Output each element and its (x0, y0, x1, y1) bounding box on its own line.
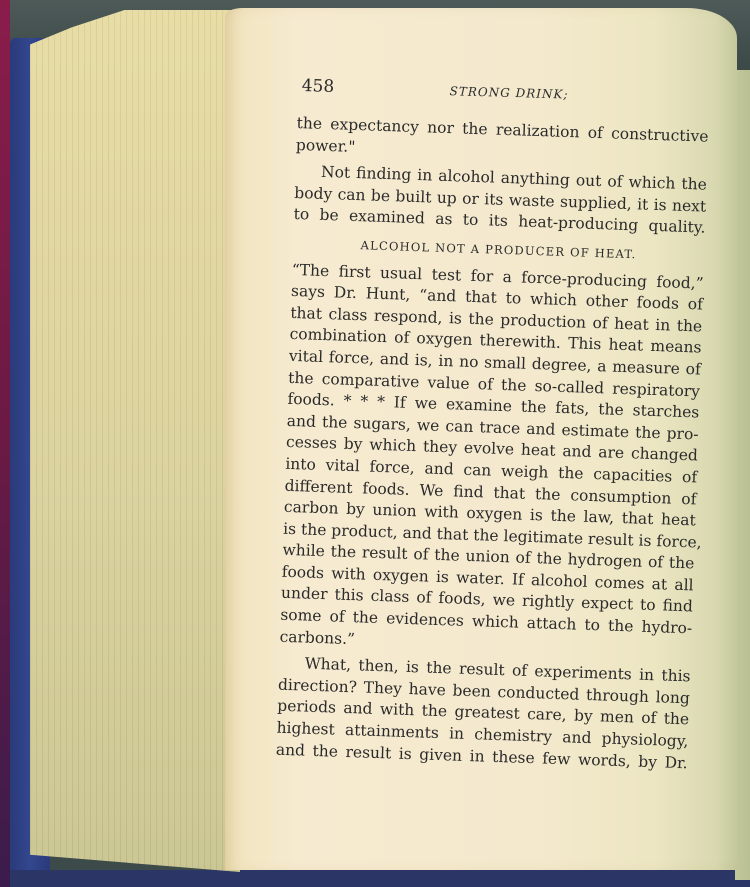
magenta-background-strip (0, 0, 10, 887)
page-header: 458 STRONG DRINK; (299, 76, 720, 118)
page-number: 458 (301, 76, 334, 97)
running-head: STRONG DRINK; (449, 84, 568, 101)
page-body-text: the expectancy nor the realization of co… (276, 113, 709, 775)
paragraph-3-quote: “The first usual test for a force-produc… (279, 259, 704, 661)
facing-page-edge (735, 70, 750, 880)
paragraph-4: What, then, is the result of experiments… (276, 653, 691, 775)
page-stack-edges (30, 10, 240, 872)
book-cover-bottom-edge (10, 870, 750, 887)
paragraph-2: Not finding in alcohol anything out of w… (293, 161, 707, 239)
